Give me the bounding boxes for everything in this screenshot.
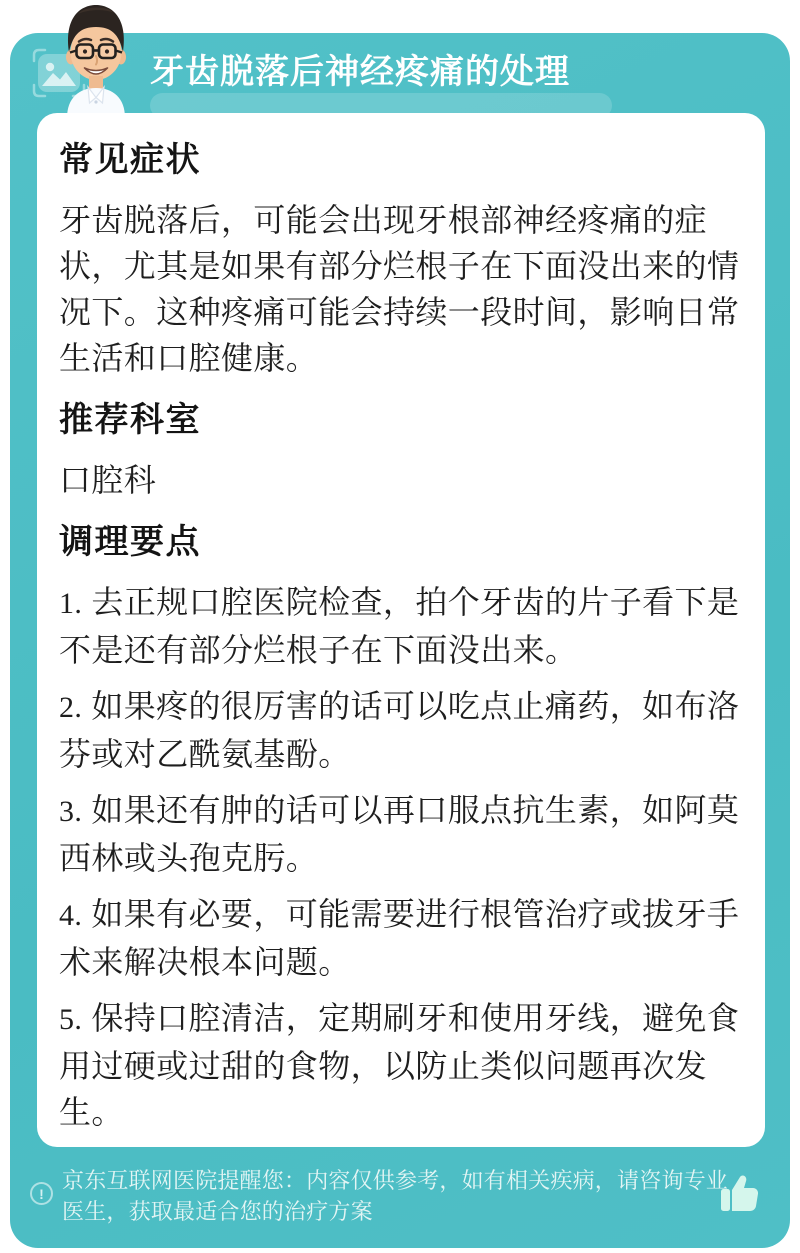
info-symbol: ! (39, 1186, 44, 1202)
info-icon: ! (30, 1182, 53, 1205)
doctor-avatar (50, 0, 142, 118)
item-number: 2. (59, 691, 82, 724)
content-card: 常见症状 牙齿脱落后，可能会出现牙根部神经疼痛的症状，尤其是如果有部分烂根子在下… (37, 113, 765, 1147)
item-text: 如果还有肿的话可以再口服点抗生素，如阿莫西林或头孢克肟。 (59, 792, 739, 876)
page-title: 牙齿脱落后神经疼痛的处理 (150, 50, 570, 94)
item-text: 保持口腔清洁，定期刷牙和使用牙线，避免食用过硬或过甜的食物，以防止类似问题再次发… (59, 1000, 739, 1130)
item-number: 1. (59, 587, 82, 620)
section-heading-common-symptoms: 常见症状 (59, 137, 743, 183)
item-number: 4. (59, 899, 82, 932)
care-point-item-4: 4.如果有必要，可能需要进行根管治疗或拔牙手术来解决根本问题。 (59, 891, 743, 985)
item-number: 3. (59, 795, 82, 828)
care-point-item-5: 5.保持口腔清洁，定期刷牙和使用牙线，避免食用过硬或过甜的食物，以防止类似问题再… (59, 995, 743, 1135)
common-symptoms-text: 牙齿脱落后，可能会出现牙根部神经疼痛的症状，尤其是如果有部分烂根子在下面没出来的… (59, 197, 743, 381)
thumbs-up-button[interactable] (718, 1173, 762, 1215)
care-point-item-1: 1.去正规口腔医院检查，拍个牙齿的片子看下是不是还有部分烂根子在下面没出来。 (59, 579, 743, 673)
footer-disclaimer: 京东互联网医院提醒您：内容仅供参考，如有相关疾病，请咨询专业医生，获取最适合您的… (62, 1165, 730, 1227)
care-point-item-3: 3.如果还有肿的话可以再口服点抗生素，如阿莫西林或头孢克肟。 (59, 787, 743, 881)
item-text: 如果有必要，可能需要进行根管治疗或拔牙手术来解决根本问题。 (59, 896, 739, 980)
recommended-department-text: 口腔科 (59, 457, 743, 503)
section-heading-care-points: 调理要点 (59, 519, 743, 565)
item-text: 如果疼的很厉害的话可以吃点止痛药，如布洛芬或对乙酰氨基酚。 (59, 688, 739, 772)
item-text: 去正规口腔医院检查，拍个牙齿的片子看下是不是还有部分烂根子在下面没出来。 (59, 584, 739, 668)
item-number: 5. (59, 1003, 82, 1036)
page: 牙齿脱落后神经疼痛的处理 常见症状 牙齿脱落后，可能会出现牙根部神经疼痛的症状，… (0, 0, 800, 1253)
care-point-item-2: 2.如果疼的很厉害的话可以吃点止痛药，如布洛芬或对乙酰氨基酚。 (59, 683, 743, 777)
section-heading-recommended-department: 推荐科室 (59, 397, 743, 443)
